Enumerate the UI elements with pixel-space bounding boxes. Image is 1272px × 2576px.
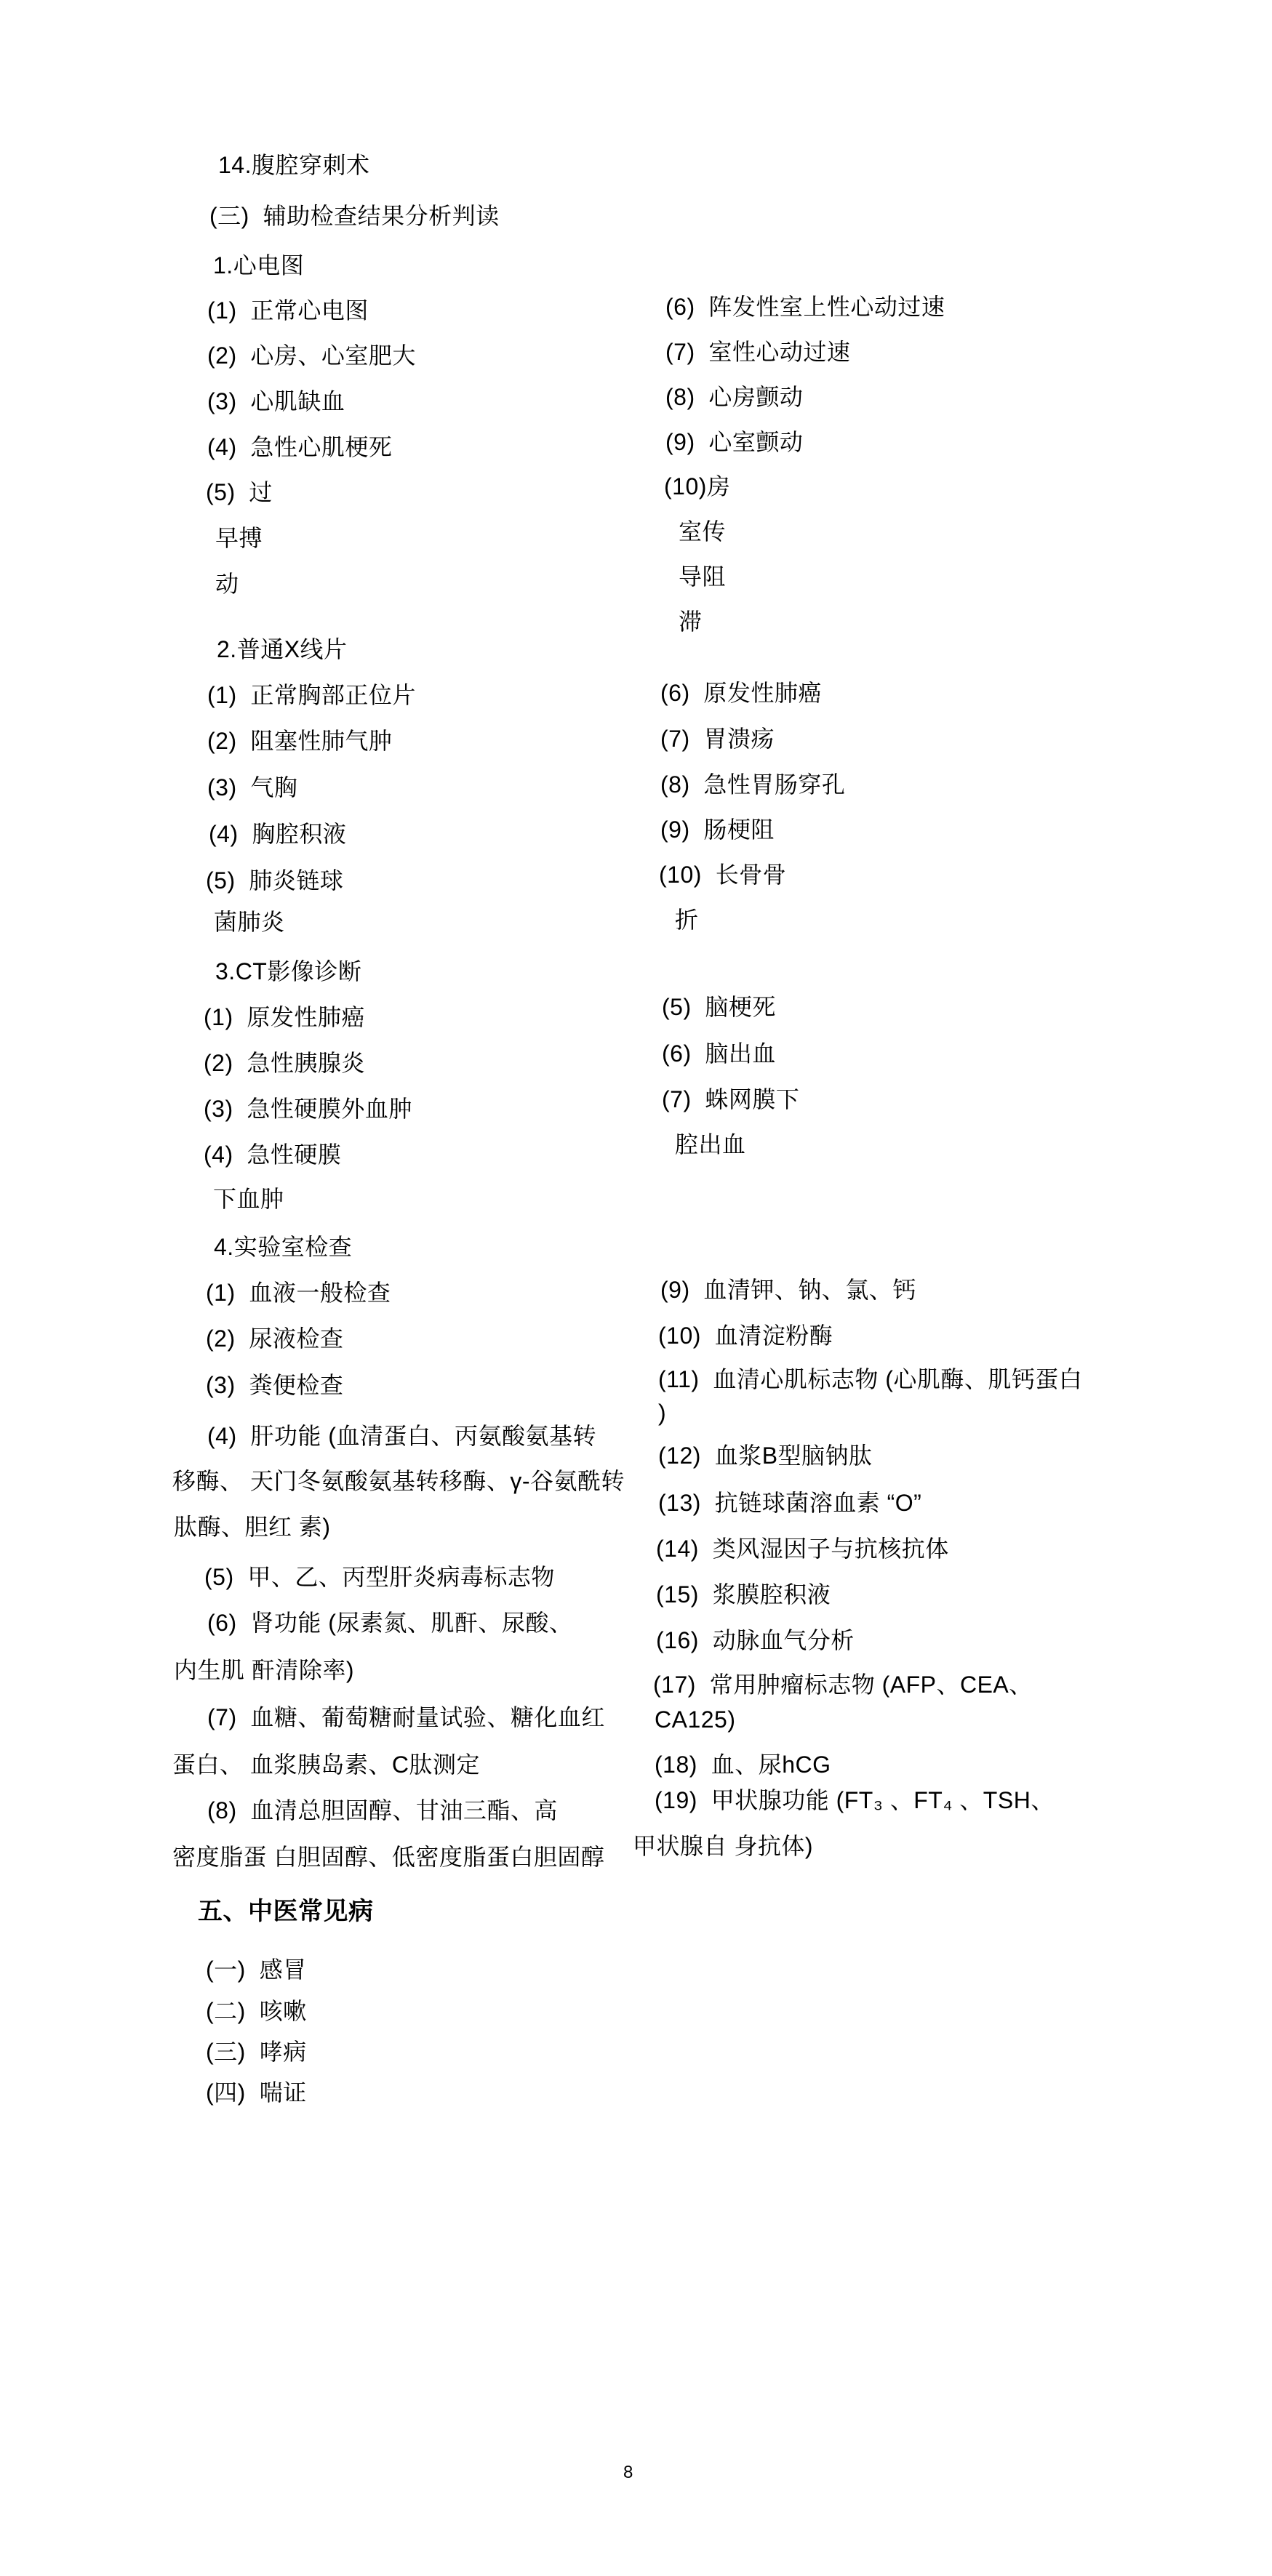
list-item-line: (6) 阵发性室上性心动过速 <box>665 294 945 319</box>
list-item-line: (7) 蛛网膜下 <box>662 1087 799 1112</box>
wrapped-text-line: 折 <box>675 907 699 932</box>
list-item-line: (16) 动脉血气分析 <box>656 1628 855 1653</box>
list-item-line: (3) 心肌缺血 <box>207 389 345 414</box>
list-item-line: (7) 血糖、葡萄糖耐量试验、糖化血红 <box>207 1705 605 1730</box>
wrapped-text-line: 早搏 <box>215 526 263 550</box>
list-item-line: (2) 阻塞性肺气肿 <box>207 729 392 753</box>
list-item-line: (5) 甲、乙、丙型肝炎病毒标志物 <box>204 1565 555 1589</box>
list-item-line: (8) 心房颤动 <box>665 385 803 409</box>
list-item-line: (3) 粪便检查 <box>206 1373 343 1397</box>
subsection-heading: 1.心电图 <box>213 253 304 278</box>
list-item-line: (10) 血清淀粉酶 <box>658 1323 833 1348</box>
list-item-line: (2) 心房、心室肥大 <box>207 343 416 368</box>
list-item-line: (12) 血浆B型脑钠肽 <box>658 1443 873 1468</box>
list-item-line: (3) 气胸 <box>207 775 297 800</box>
list-item-line: (四) 喘证 <box>206 2080 307 2105</box>
wrapped-text-line: 移酶、 天门冬氨酸氨基转移酶、γ-谷氨酰转 <box>172 1469 625 1493</box>
list-item-line: (10)房 <box>664 474 730 499</box>
wrapped-text-line: 滞 <box>679 609 703 634</box>
list-item-line: (19) 甲状腺功能 (FT₃ 、FT₄ 、TSH、 <box>655 1788 1055 1813</box>
wrapped-text-line: 动 <box>215 571 239 596</box>
list-item-line: (18) 血、尿hCG <box>655 1752 831 1777</box>
list-item-line: (6) 原发性肺癌 <box>660 681 822 705</box>
list-item-line: (6) 脑出血 <box>662 1041 776 1066</box>
list-item-line: (5) 过 <box>206 480 273 505</box>
list-item-line: (2) 尿液检查 <box>206 1326 343 1351</box>
list-item-line: (9) 血清钾、钠、氯、钙 <box>660 1277 916 1302</box>
wrapped-text-line: 腔出血 <box>675 1132 746 1157</box>
list-item-line: (1) 原发性肺癌 <box>204 1005 365 1030</box>
list-item-line: (一) 感冒 <box>206 1957 307 1982</box>
wrapped-text-line: CA125) <box>655 1707 736 1732</box>
subsection-heading: 4.实验室检查 <box>214 1235 352 1259</box>
list-item-line: (2) 急性胰腺炎 <box>204 1051 365 1075</box>
wrapped-text-line: 密度脂蛋 白胆固醇、低密度脂蛋白胆固醇 <box>172 1845 604 1869</box>
list-item-line: (3) 急性硬膜外血肿 <box>204 1096 412 1121</box>
list-item-line: (5) 肺炎链球 <box>206 868 343 893</box>
document-page: 8 14.腹腔穿刺术(三) 辅助检查结果分析判读1.心电图(1) 正常心电图(2… <box>0 0 1272 2576</box>
list-item-line: (11) 血清心肌标志物 (心肌酶、肌钙蛋白 <box>658 1367 1082 1392</box>
subsection-heading: 2.普通X线片 <box>217 637 348 662</box>
list-item-line: (6) 肾功能 (尿素氮、肌酐、尿酸、 <box>207 1610 572 1635</box>
list-item-line: (14) 类风湿因子与抗核抗体 <box>656 1536 949 1561</box>
list-item-line: (13) 抗链球菌溶血素 “O” <box>658 1490 921 1515</box>
subsection-heading: 3.CT影像诊断 <box>215 959 361 984</box>
list-item-line: (4) 急性硬膜 <box>204 1142 341 1167</box>
list-item-line: (8) 血清总胆固醇、甘油三酯、高 <box>207 1798 558 1823</box>
list-item-line: (7) 胃溃疡 <box>660 726 775 751</box>
list-item-line: (1) 正常胸部正位片 <box>207 683 416 707</box>
list-item-line: (9) 肠梗阻 <box>660 817 775 842</box>
subsection-heading: (三) 辅助检查结果分析判读 <box>209 204 500 228</box>
list-item-line: (4) 胸腔积液 <box>209 822 346 846</box>
list-item-line: (15) 浆膜腔积液 <box>656 1582 831 1607</box>
wrapped-text-line: 导阻 <box>679 564 726 589</box>
wrapped-text-line: 蛋白、 血浆胰岛素、C肽测定 <box>172 1752 480 1777</box>
wrapped-text-line: 甲状腺自 身抗体) <box>633 1834 813 1858</box>
list-item-line: (1) 正常心电图 <box>207 298 369 323</box>
list-item-line: (5) 脑梗死 <box>662 995 776 1019</box>
list-item-line: (二) 咳嗽 <box>206 1999 307 2023</box>
list-item-line: (4) 肝功能 (血清蛋白、丙氨酸氨基转 <box>207 1424 596 1448</box>
list-item-line: (三) 哮病 <box>206 2039 307 2064</box>
list-item-line: (17) 常用肿瘤标志物 (AFP、CEA、 <box>653 1672 1033 1697</box>
wrapped-text-line: 肽酶、胆红 素) <box>174 1514 331 1539</box>
subsection-heading: 14.腹腔穿刺术 <box>218 153 370 177</box>
list-item-line: (10) 长骨骨 <box>659 862 786 887</box>
list-item-line: (9) 心室颤动 <box>665 430 803 454</box>
list-item-line: (4) 急性心肌梗死 <box>207 435 392 460</box>
list-item-line: (8) 急性胃肠穿孔 <box>660 772 845 797</box>
list-item-line: (1) 血液一般检查 <box>206 1280 391 1305</box>
wrapped-text-line: ) <box>658 1400 666 1425</box>
wrapped-text-line: 菌肺炎 <box>214 910 285 934</box>
wrapped-text-line: 下血肿 <box>213 1187 284 1211</box>
list-item-line: (7) 室性心动过速 <box>665 340 850 364</box>
wrapped-text-line: 内生肌 酐清除率) <box>174 1658 354 1682</box>
wrapped-text-line: 室传 <box>679 519 726 544</box>
section-heading: 五、中医常见病 <box>198 1899 374 1924</box>
page-number: 8 <box>623 2463 633 2482</box>
